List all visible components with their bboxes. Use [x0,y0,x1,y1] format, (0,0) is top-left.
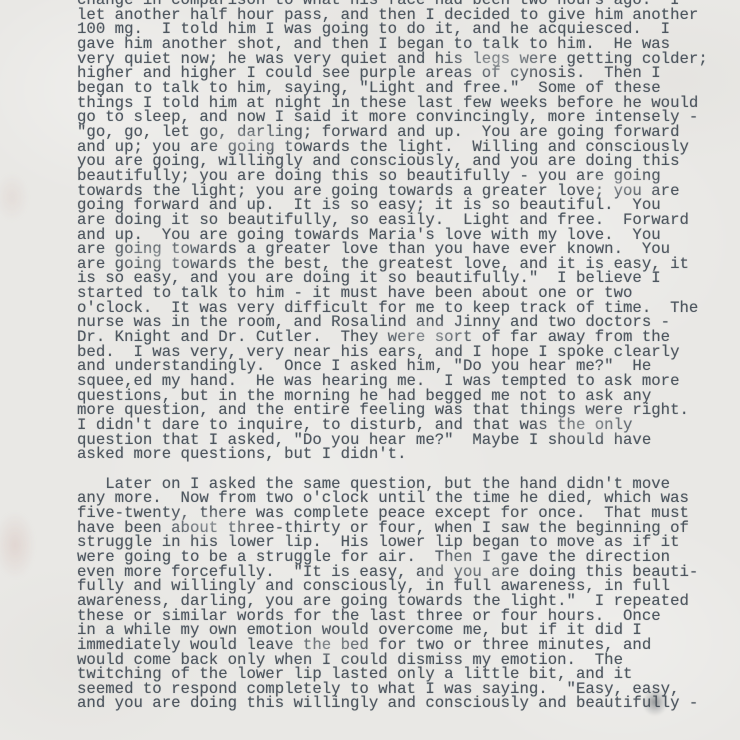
text-line: and you are doing this willingly and con… [77,696,708,711]
text-line: asked more questions, but I didn't. [77,447,708,462]
paper-stain [0,165,34,229]
typewritten-text-block: change in comparison to what his face ha… [77,0,708,711]
scanned-document-page: change in comparison to what his face ha… [0,0,740,740]
paper-stain [0,500,42,590]
ink-smudge [642,688,668,716]
